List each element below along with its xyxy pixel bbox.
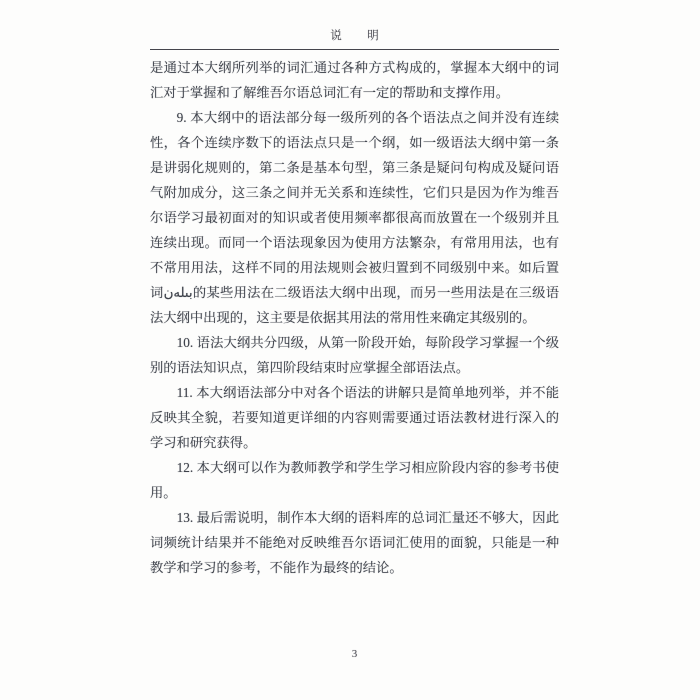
page-title: 说 明 bbox=[150, 27, 559, 43]
paragraph-item-9: 9. 本大纲中的语法部分每一级所列的各个语法点之间并没有连续性，各个连续序数下的… bbox=[150, 105, 559, 330]
paragraph-item-13: 13. 最后需说明，制作本大纲的语料库的总词汇量还不够大，因此词频统计结果并不能… bbox=[150, 505, 559, 580]
paragraph-item-12: 12. 本大纲可以作为教师教学和学生学习相应阶段内容的参考书使用。 bbox=[150, 455, 559, 505]
paragraph-item-10: 10. 语法大纲共分四级，从第一阶段开始，每阶段学习掌握一个级别的语法知识点，第… bbox=[150, 330, 559, 380]
page-number: 3 bbox=[150, 648, 559, 660]
book-page: 说 明 是通过本大纲所列举的词汇通过各种方式构成的，掌握本大纲中的词汇对于掌握和… bbox=[0, 0, 700, 700]
page-content: 说 明 是通过本大纲所列举的词汇通过各种方式构成的，掌握本大纲中的词汇对于掌握和… bbox=[150, 27, 559, 580]
paragraph-continuation: 是通过本大纲所列举的词汇通过各种方式构成的，掌握本大纲中的词汇对于掌握和了解维吾… bbox=[150, 55, 559, 105]
paragraph-item-11: 11. 本大纲语法部分中对各个语法的讲解只是简单地列举，并不能反映其全貌，若要知… bbox=[150, 380, 559, 455]
body-text: 是通过本大纲所列举的词汇通过各种方式构成的，掌握本大纲中的词汇对于掌握和了解维吾… bbox=[150, 55, 559, 580]
running-header: 说 明 bbox=[150, 27, 559, 50]
